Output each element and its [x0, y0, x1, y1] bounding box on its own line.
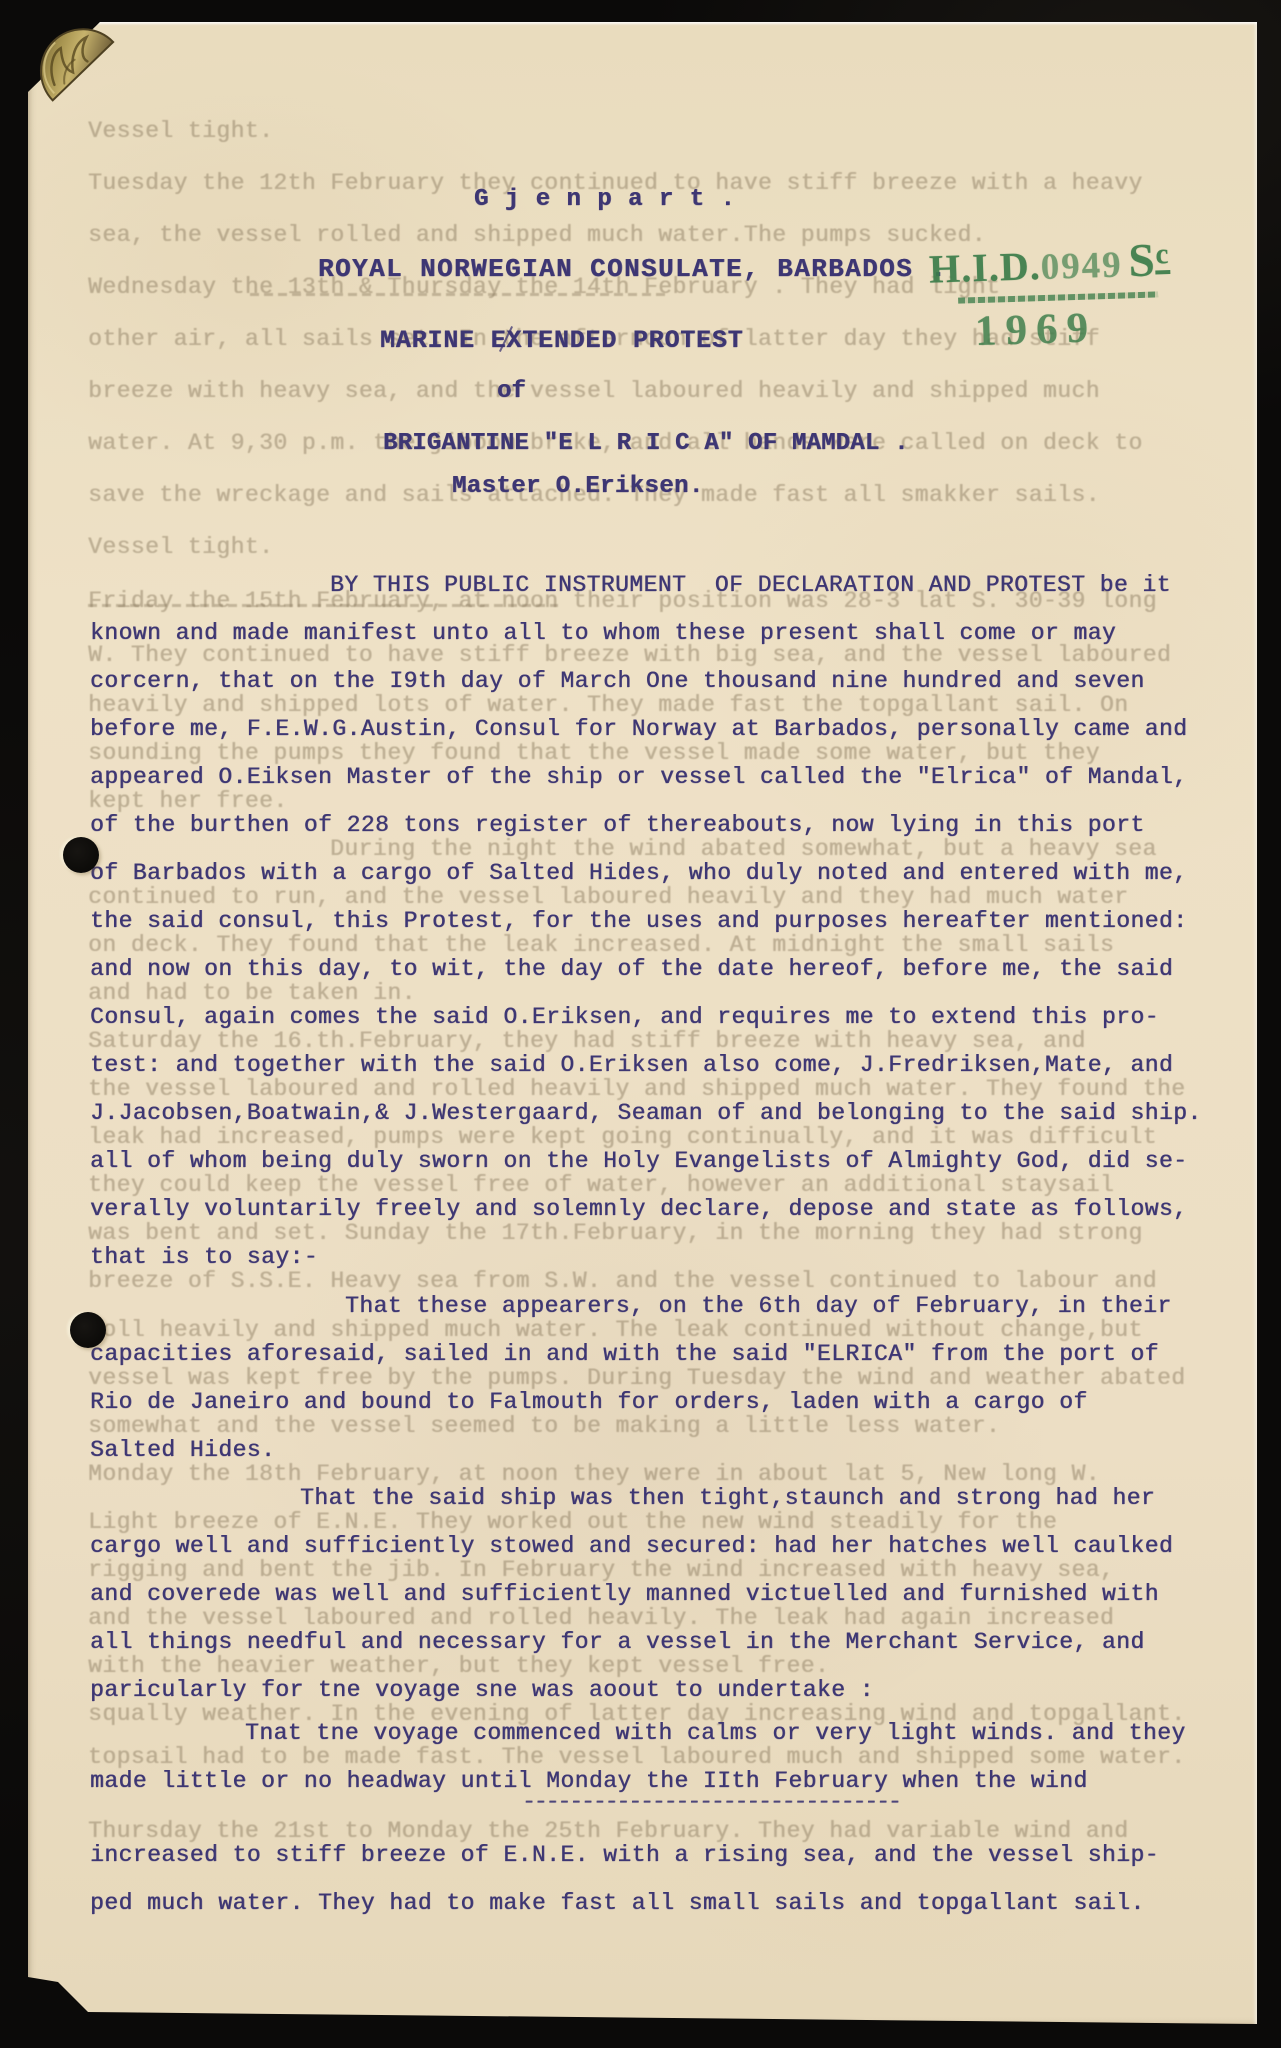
typed-line: of Barbados with a cargo of Salted Hides…: [90, 859, 1187, 887]
typed-line: ped much water. They had to make fast al…: [90, 1889, 1145, 1917]
stamp-prefix: H.I.D.: [928, 243, 1041, 291]
master-name-line: Master O.Eriksen.: [452, 473, 704, 500]
document-scan: Vessel tight.Tuesday the 12th February t…: [0, 0, 1281, 2048]
typed-line: cargo well and sufficiently stowed and s…: [90, 1532, 1173, 1560]
typed-line: of the burthen of 228 tons register of t…: [90, 811, 1145, 839]
typed-line: Consul, again comes the said O.Eriksen, …: [90, 1003, 1159, 1031]
typed-line: Rio de Janeiro and bound to Falmouth for…: [90, 1388, 1088, 1416]
typed-line: and now on this day, to wit, the day of …: [90, 955, 1173, 983]
ghost-underline-rule: [88, 604, 558, 607]
archive-stamp-code: H.I.D.0949Sc: [928, 231, 1220, 294]
typed-line: paricularly for tne voyage sne was aoout…: [90, 1676, 874, 1704]
ghost-line: breeze with heavy sea, and the vessel la…: [88, 377, 1100, 405]
typed-line: increased to stiff breeze of E.N.E. with…: [90, 1841, 1159, 1869]
typed-line: corcern, that on the I9th day of March O…: [90, 667, 1145, 695]
typed-line: That the said ship was then tight,staunc…: [300, 1484, 1155, 1512]
typed-line: BY THIS PUBLIC INSTRUMENT OF DECLARATION…: [330, 571, 1171, 599]
typed-line: That these appearers, on the 6th day of …: [345, 1292, 1172, 1320]
typed-line: all things needful and necessary for a v…: [90, 1628, 1145, 1656]
typed-line: capacities aforesaid, sailed in and with…: [90, 1340, 1159, 1368]
typed-strikeout-row: --------------------------------: [522, 1788, 900, 1816]
typed-line: J.Jacobsen,Boatwain,& J.Westergaard, Sea…: [90, 1099, 1202, 1127]
punch-hole: [63, 837, 99, 873]
stamp-series-letter: S: [1128, 234, 1156, 287]
typed-line: all of whom being duly sworn on the Holy…: [90, 1147, 1187, 1175]
typed-line: appeared O.Eiksen Master of the ship or …: [90, 763, 1187, 791]
archive-stamp: H.I.D.0949Sc 1969: [928, 231, 1222, 357]
ghost-line: Vessel tight.: [88, 117, 273, 145]
stamp-series-letter-small: c: [1154, 238, 1170, 274]
ghost-line: Vessel tight.: [88, 533, 273, 561]
copy-label: G j e n p a r t .: [474, 186, 736, 213]
title-connector: of: [497, 378, 526, 405]
typed-line: before me, F.E.W.G.Austin, Consul for No…: [90, 715, 1187, 743]
punch-hole: [70, 1312, 106, 1348]
typed-line: Salted Hides.: [90, 1436, 275, 1464]
ghost-line: sea, the vessel rolled and shipped much …: [88, 221, 986, 249]
typed-line: the said consul, this Protest, for the u…: [90, 907, 1187, 935]
vessel-title: BRIGANTINE "E L R I C A" OF MAMDAL .: [383, 430, 909, 457]
ghost-line: breeze of S.S.E. Heavy sea from S.W. and…: [88, 1267, 1157, 1295]
typed-line: test: and together with the said O.Eriks…: [90, 1051, 1173, 1079]
stamp-year: 1969: [974, 299, 1221, 356]
protest-title: MARINE EXTENDED PROTEST: [380, 326, 743, 355]
typed-line: known and made manifest unto all to whom…: [90, 619, 1116, 647]
stamp-number: 0949: [1040, 244, 1123, 288]
ghost-underline-rule: [250, 293, 670, 296]
typed-line: that is to say:-: [90, 1243, 318, 1271]
consulate-title: ROYAL NORWEGIAN CONSULATE, BARBADOS .: [318, 254, 947, 284]
typed-line: and coverede was well and sufficiently m…: [90, 1580, 1159, 1608]
typed-line: Tnat tne voyage commenced with calms or …: [245, 1719, 1186, 1747]
typed-line: verally voluntarily freely and solemnly …: [90, 1195, 1187, 1223]
